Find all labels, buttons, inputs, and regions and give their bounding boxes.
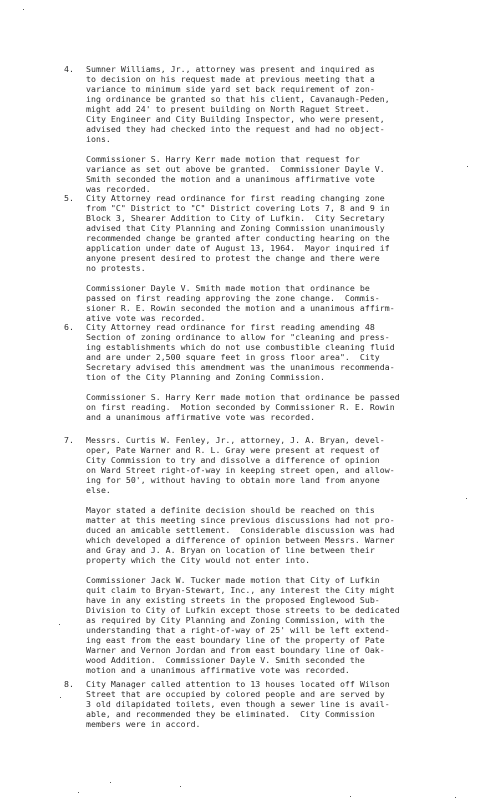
scan-speck — [59, 624, 60, 625]
item-number: 6. — [64, 322, 84, 332]
item-paragraph: Messrs. Curtis W. Fenley, Jr., attorney,… — [86, 435, 444, 495]
scan-speck — [466, 498, 467, 499]
minutes-item-8: 8. City Manager called attention to 13 h… — [64, 679, 444, 729]
scan-speck — [180, 786, 181, 787]
scan-speck — [60, 697, 61, 698]
item-paragraph-discussion: Mayor stated a definite decision should … — [86, 505, 444, 565]
minutes-item-4: 4. Sumner Williams, Jr., attorney was pr… — [64, 64, 444, 194]
item-paragraph: City Manager called attention to 13 hous… — [86, 679, 444, 729]
item-number: 8. — [64, 679, 84, 689]
scan-speck — [350, 796, 351, 797]
scan-speck — [78, 792, 79, 793]
item-paragraph-motion: Commissioner Jack W. Tucker made motion … — [86, 575, 444, 675]
item-paragraph-motion: Commissioner S. Harry Kerr made motion t… — [86, 154, 444, 194]
minutes-item-6: 6. City Attorney read ordinance for firs… — [64, 322, 444, 422]
item-paragraph: Sumner Williams, Jr., attorney was prese… — [86, 64, 444, 144]
scan-speck — [455, 797, 456, 798]
item-paragraph: City Attorney read ordinance for first r… — [86, 193, 444, 273]
item-number: 5. — [64, 193, 84, 203]
item-number: 4. — [64, 64, 84, 74]
item-paragraph-motion: Commissioner Dayle V. Smith made motion … — [86, 283, 444, 323]
minutes-item-7: 7. Messrs. Curtis W. Fenley, Jr., attorn… — [64, 435, 444, 675]
scan-speck — [110, 782, 111, 783]
item-paragraph: City Attorney read ordinance for first r… — [86, 322, 444, 382]
document-page: 4. Sumner Williams, Jr., attorney was pr… — [0, 0, 484, 800]
scan-speck — [467, 166, 468, 167]
item-paragraph-motion: Commissioner S. Harry Kerr made motion t… — [86, 392, 444, 422]
item-number: 7. — [64, 435, 84, 445]
scan-speck — [23, 9, 24, 10]
minutes-item-5: 5. City Attorney read ordinance for firs… — [64, 193, 444, 323]
